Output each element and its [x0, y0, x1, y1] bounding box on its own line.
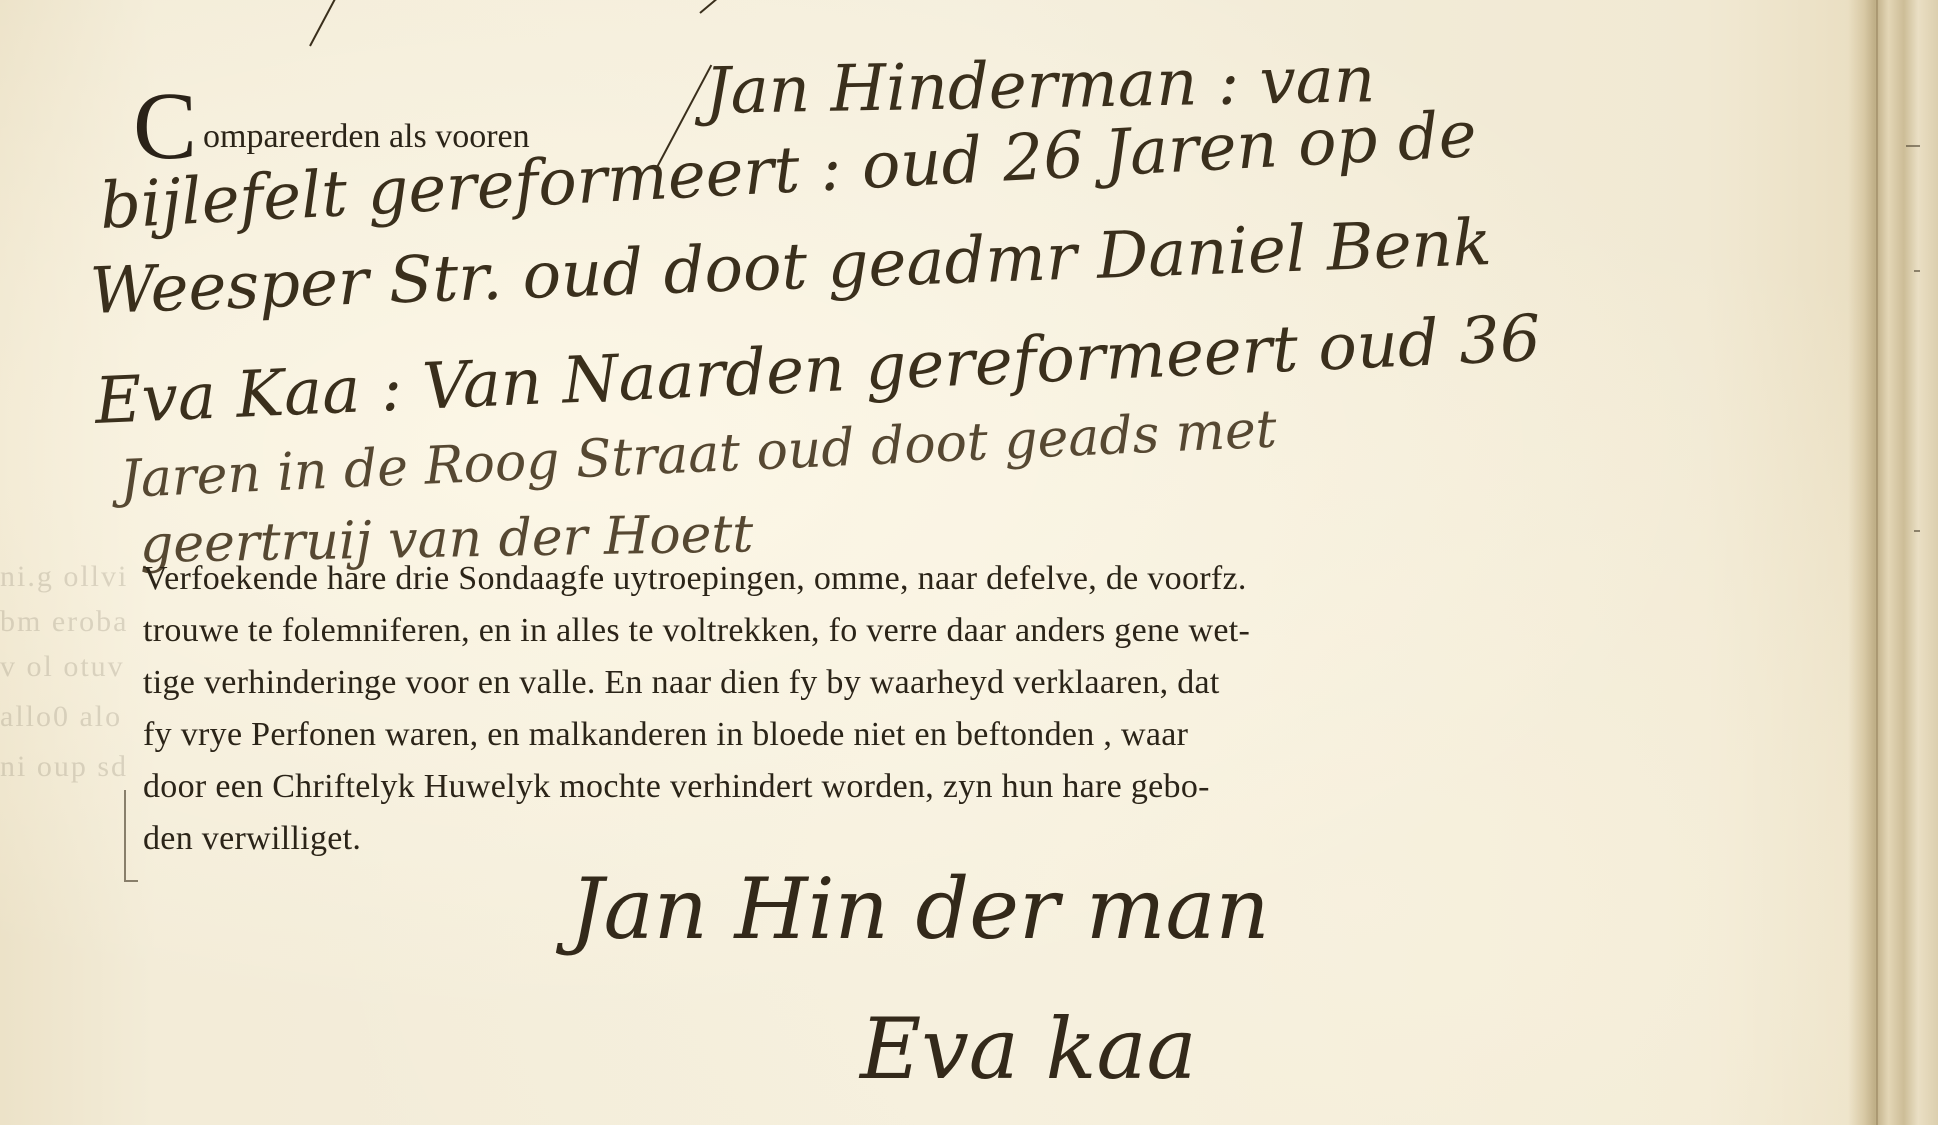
bleed-through-text: v ol otuv [0, 650, 125, 684]
margin-bracket [124, 790, 138, 882]
book-gutter [1848, 0, 1938, 1125]
printed-body-line: door een Chriftelyk Huwelyk mochte verhi… [143, 768, 1210, 806]
printed-body-line: Verfoekende hare drie Sondaagfe uytroepi… [143, 560, 1247, 598]
document-page: ni.g ollvi bm eroba v ol otuv allo0 alo … [0, 0, 1938, 1125]
gutter-mark [1914, 530, 1920, 532]
bleed-through-text: allo0 alo [0, 700, 122, 734]
gutter-mark [1914, 270, 1920, 272]
printed-body-line: den verwilliget. [143, 820, 361, 858]
printed-body-line: fy vrye Perfonen waren, en malkanderen i… [143, 716, 1188, 754]
bleed-through-text: bm eroba [0, 605, 128, 639]
bleed-through-text: ni oup sd [0, 750, 128, 784]
stray-ink-stroke [309, 0, 344, 46]
gutter-fold-line [1876, 0, 1878, 1125]
drop-cap: C [133, 78, 197, 174]
signature-groom: Jan Hin der man [570, 860, 1270, 958]
signature-bride: Eva kaa [860, 1000, 1197, 1098]
handwritten-bride-line-1: Eva Kaa : Van Naarden gereformeert oud 3… [93, 302, 1542, 439]
gutter-mark [1906, 145, 1920, 147]
printed-body-line: trouwe te folemniferen, en in alles te v… [143, 612, 1250, 650]
stray-ink-stroke [699, 0, 731, 14]
bleed-through-text: ni.g ollvi [0, 560, 128, 594]
printed-body-line: tige verhinderinge voor en valle. En naa… [143, 664, 1220, 702]
